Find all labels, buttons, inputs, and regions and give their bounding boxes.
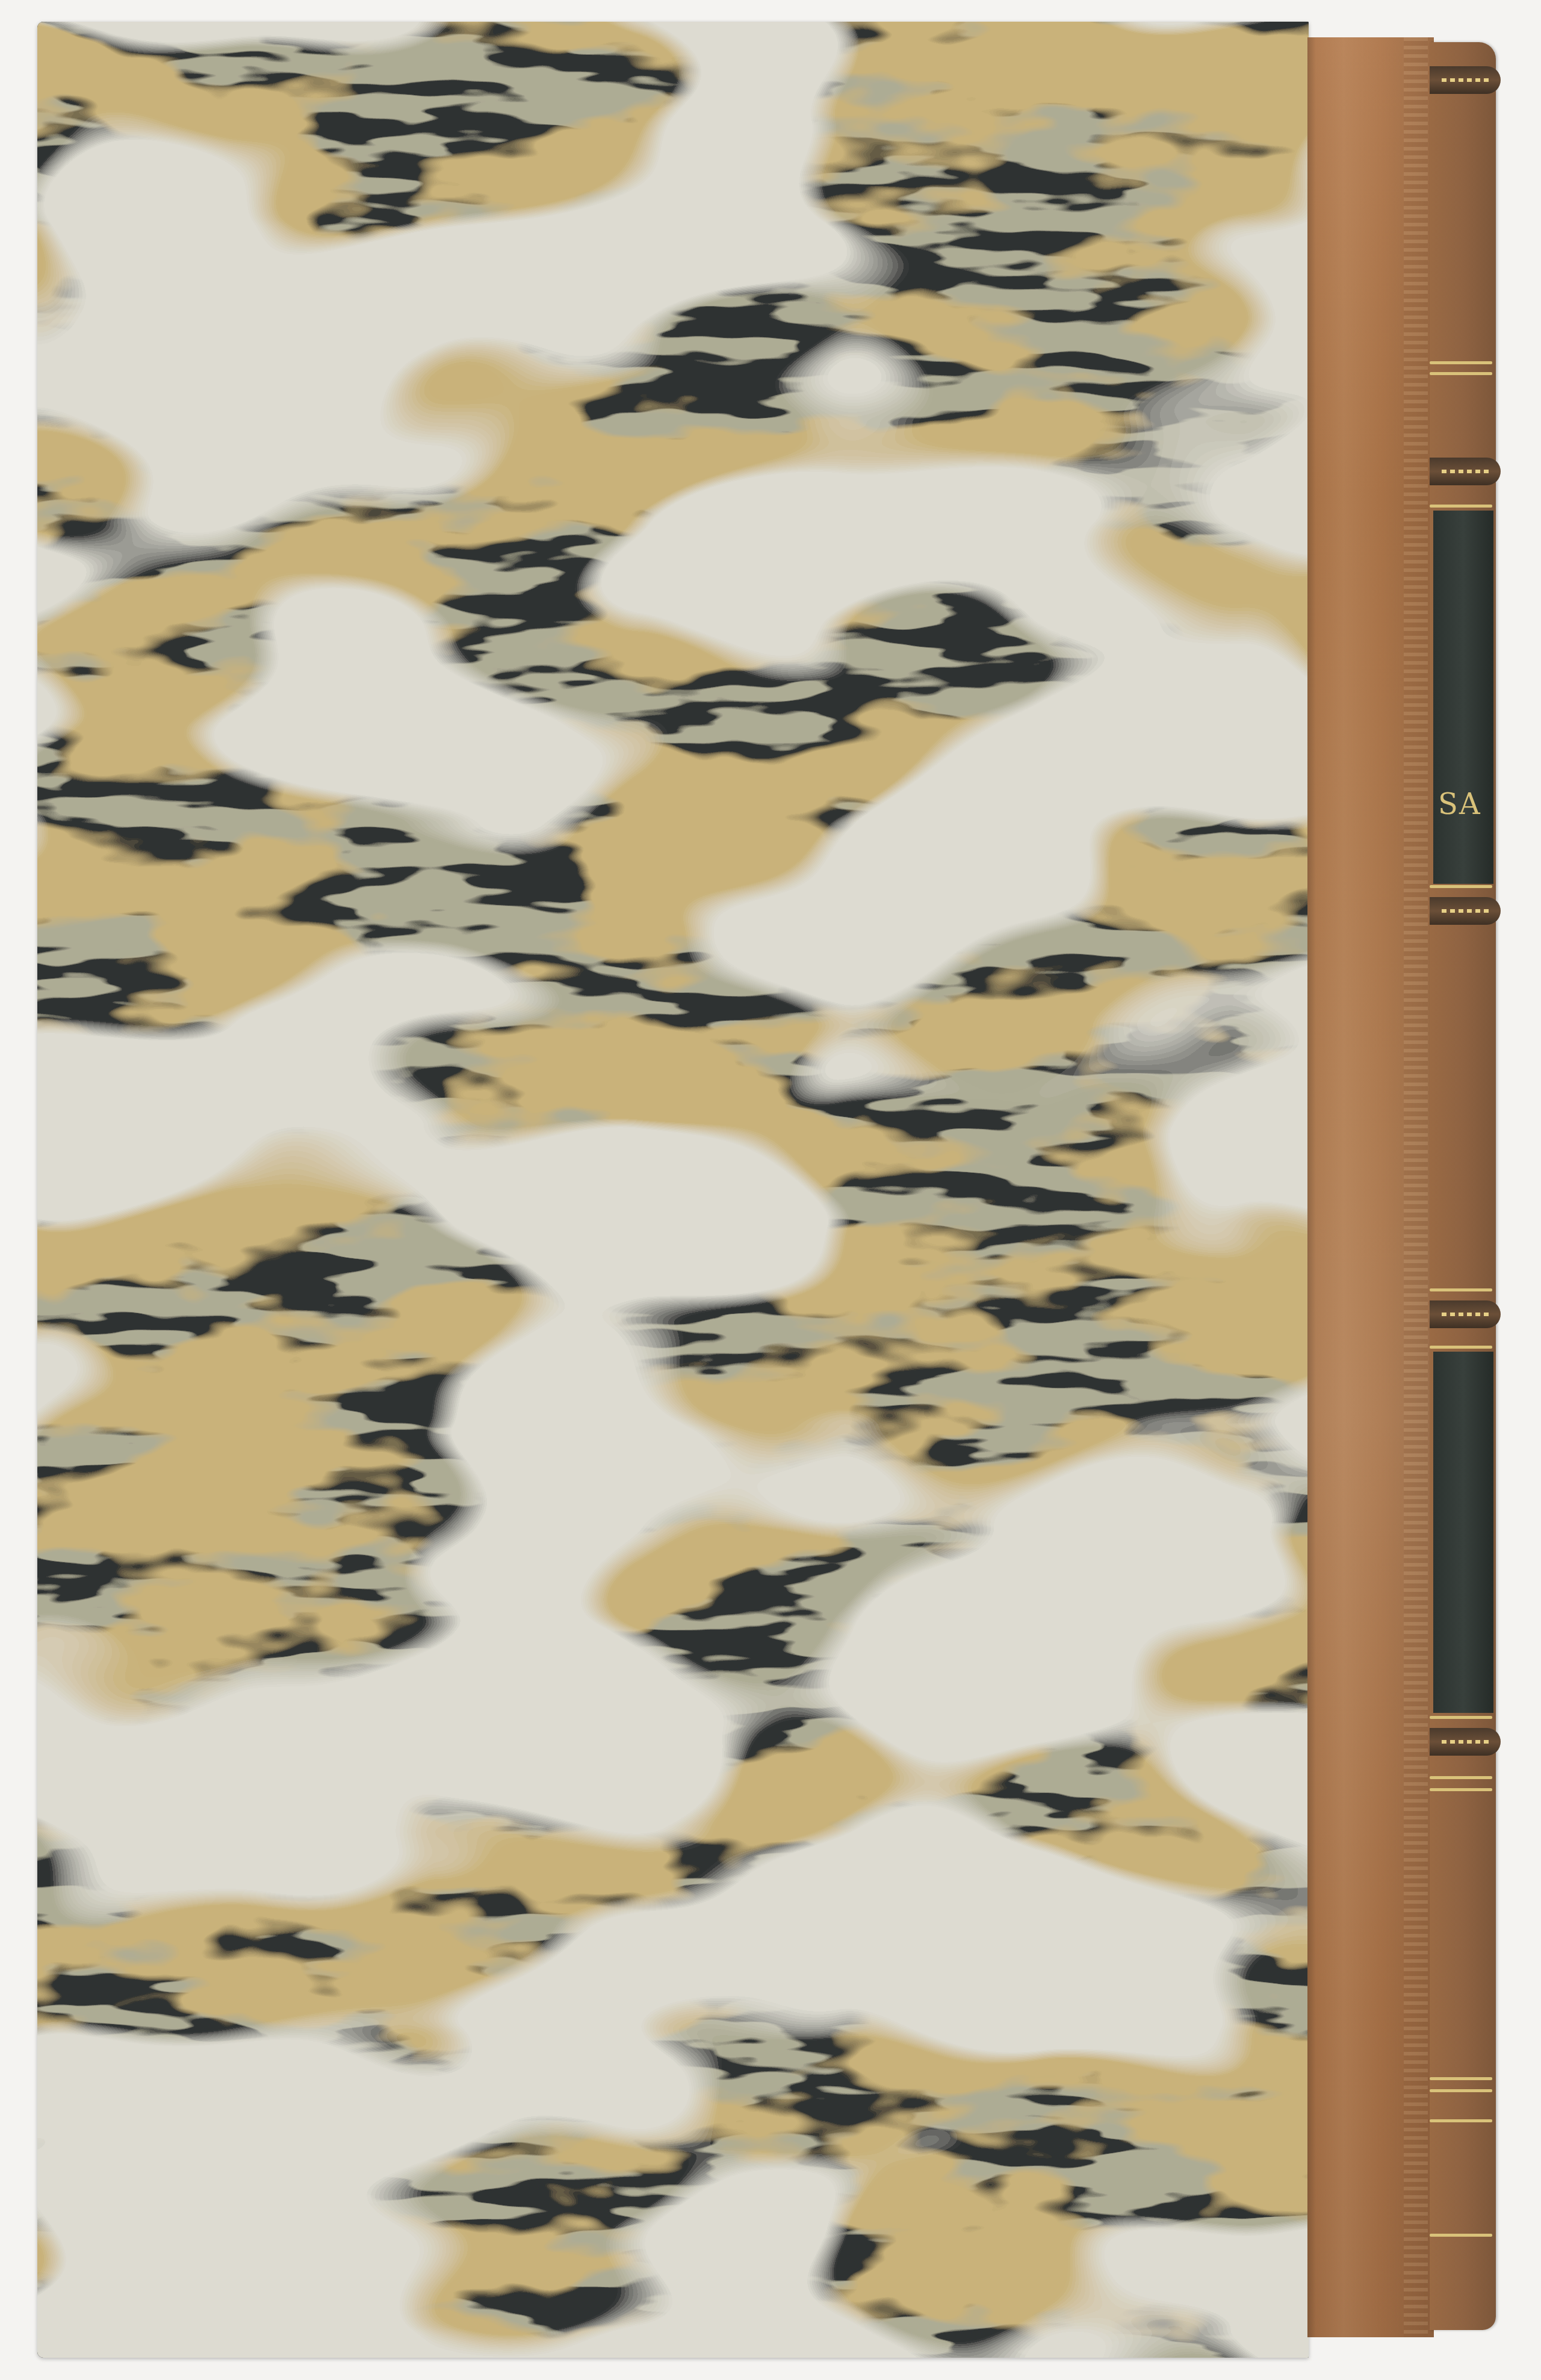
gilt-line [1430,505,1492,508]
gilt-line [1430,1288,1492,1291]
raised-band [1430,897,1501,925]
raised-band [1430,458,1501,485]
leather-strip [1307,37,1434,2337]
gilt-line [1430,2119,1492,2122]
marble-pattern [37,22,1309,2358]
leather-crease [1404,37,1428,2337]
gilt-line [1430,361,1492,364]
gilt-line [1430,2089,1492,2092]
spine-label-title: SA [1433,511,1493,884]
gilt-line [1430,1776,1492,1779]
raised-band [1430,66,1501,94]
spine: SA [1430,42,1496,2330]
spine-label-volume [1433,1352,1493,1713]
spine-title-text: SA [1438,788,1481,821]
book-photo: SA [0,0,1541,2380]
gilt-line [1430,2234,1492,2237]
gilt-line [1430,885,1492,888]
gilt-line [1430,372,1492,375]
gilt-line [1430,1346,1492,1349]
marbled-board [37,22,1309,2358]
raised-band [1430,1300,1501,1328]
gilt-line [1430,1716,1492,1719]
gilt-line [1430,2077,1492,2080]
raised-band [1430,1728,1501,1756]
gilt-line [1430,1788,1492,1791]
